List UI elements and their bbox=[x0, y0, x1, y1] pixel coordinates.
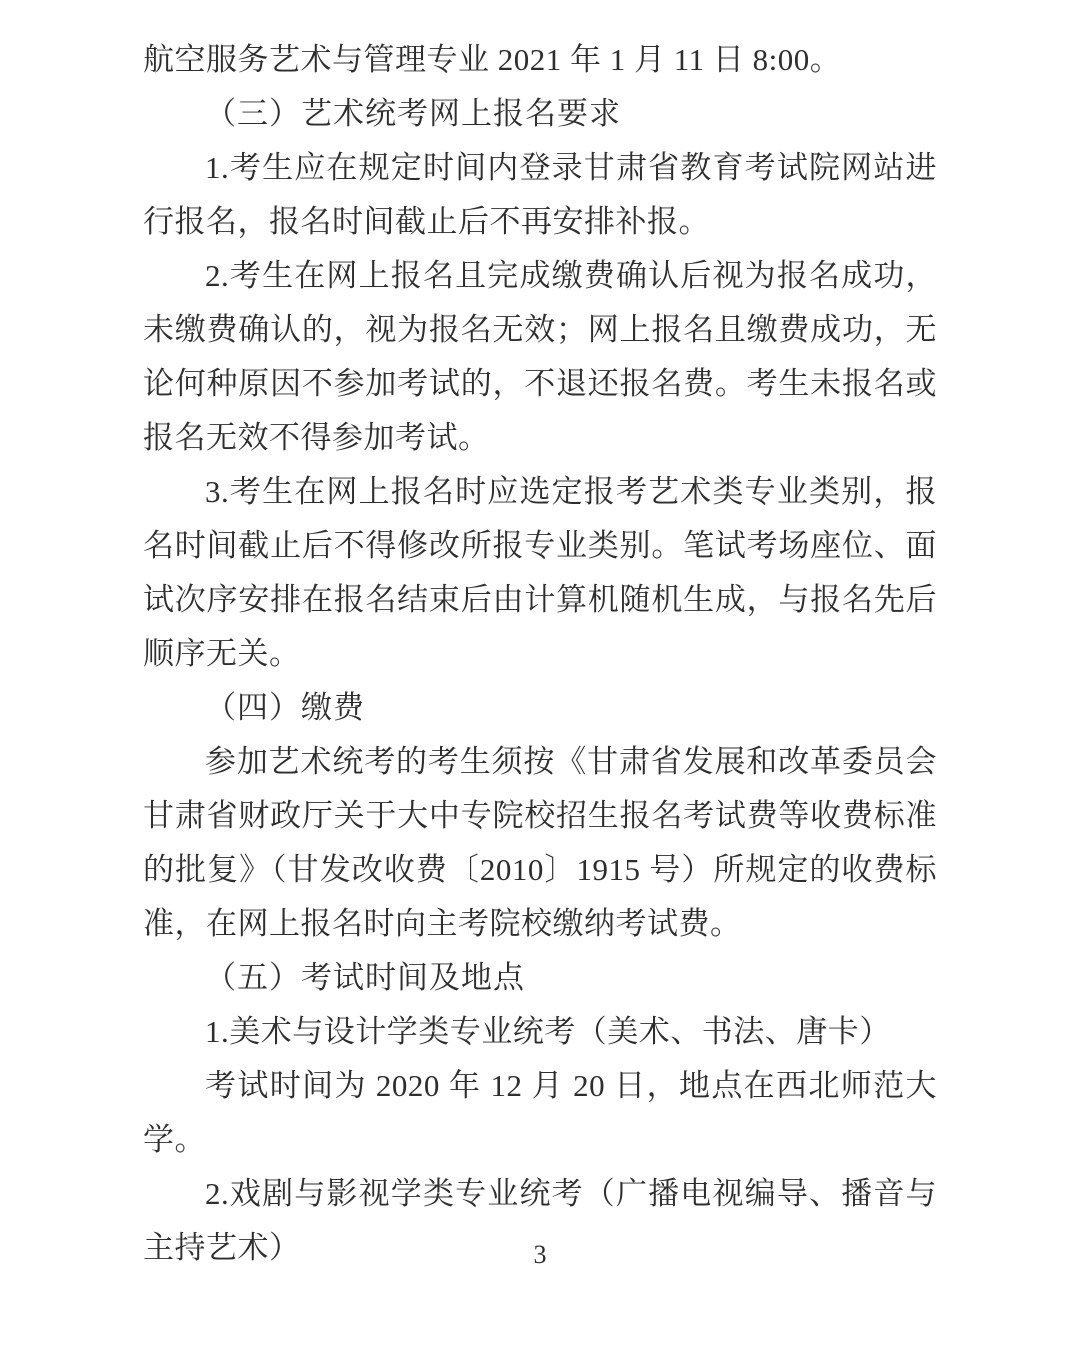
page-footer: 3 bbox=[0, 1240, 1080, 1270]
para-continuation-aviation-service: 航空服务艺术与管理专业 2021 年 1 月 11 日 8:00。 bbox=[143, 33, 937, 87]
document-body: 航空服务艺术与管理专业 2021 年 1 月 11 日 8:00。 （三）艺术统… bbox=[143, 33, 937, 1275]
item-1-fine-arts-exam: 1.美术与设计学类专业统考（美术、书法、唐卡） bbox=[143, 1005, 937, 1059]
page-number: 3 bbox=[534, 1240, 547, 1269]
item-3-category-selection: 3.考生在网上报名时应选定报考艺术类专业类别，报名时间截止后不得修改所报专业类别… bbox=[143, 465, 937, 681]
section-heading-three-online-registration: （三）艺术统考网上报名要求 bbox=[143, 87, 937, 141]
item-2-payment-confirmation: 2.考生在网上报名且完成缴费确认后视为报名成功，未缴费确认的，视为报名无效；网上… bbox=[143, 249, 937, 465]
section-heading-five-exam-time-place: （五）考试时间及地点 bbox=[143, 951, 937, 1005]
document-page: 航空服务艺术与管理专业 2021 年 1 月 11 日 8:00。 （三）艺术统… bbox=[0, 0, 1080, 1357]
para-payment-standard: 参加艺术统考的考生须按《甘肃省发展和改革委员会 甘肃省财政厅关于大中专院校招生报… bbox=[143, 735, 937, 951]
section-heading-four-payment: （四）缴费 bbox=[143, 681, 937, 735]
item-1-registration-website: 1.考生应在规定时间内登录甘肃省教育考试院网站进行报名，报名时间截止后不再安排补… bbox=[143, 141, 937, 249]
para-exam-date-location: 考试时间为 2020 年 12 月 20 日，地点在西北师范大学。 bbox=[143, 1059, 937, 1167]
